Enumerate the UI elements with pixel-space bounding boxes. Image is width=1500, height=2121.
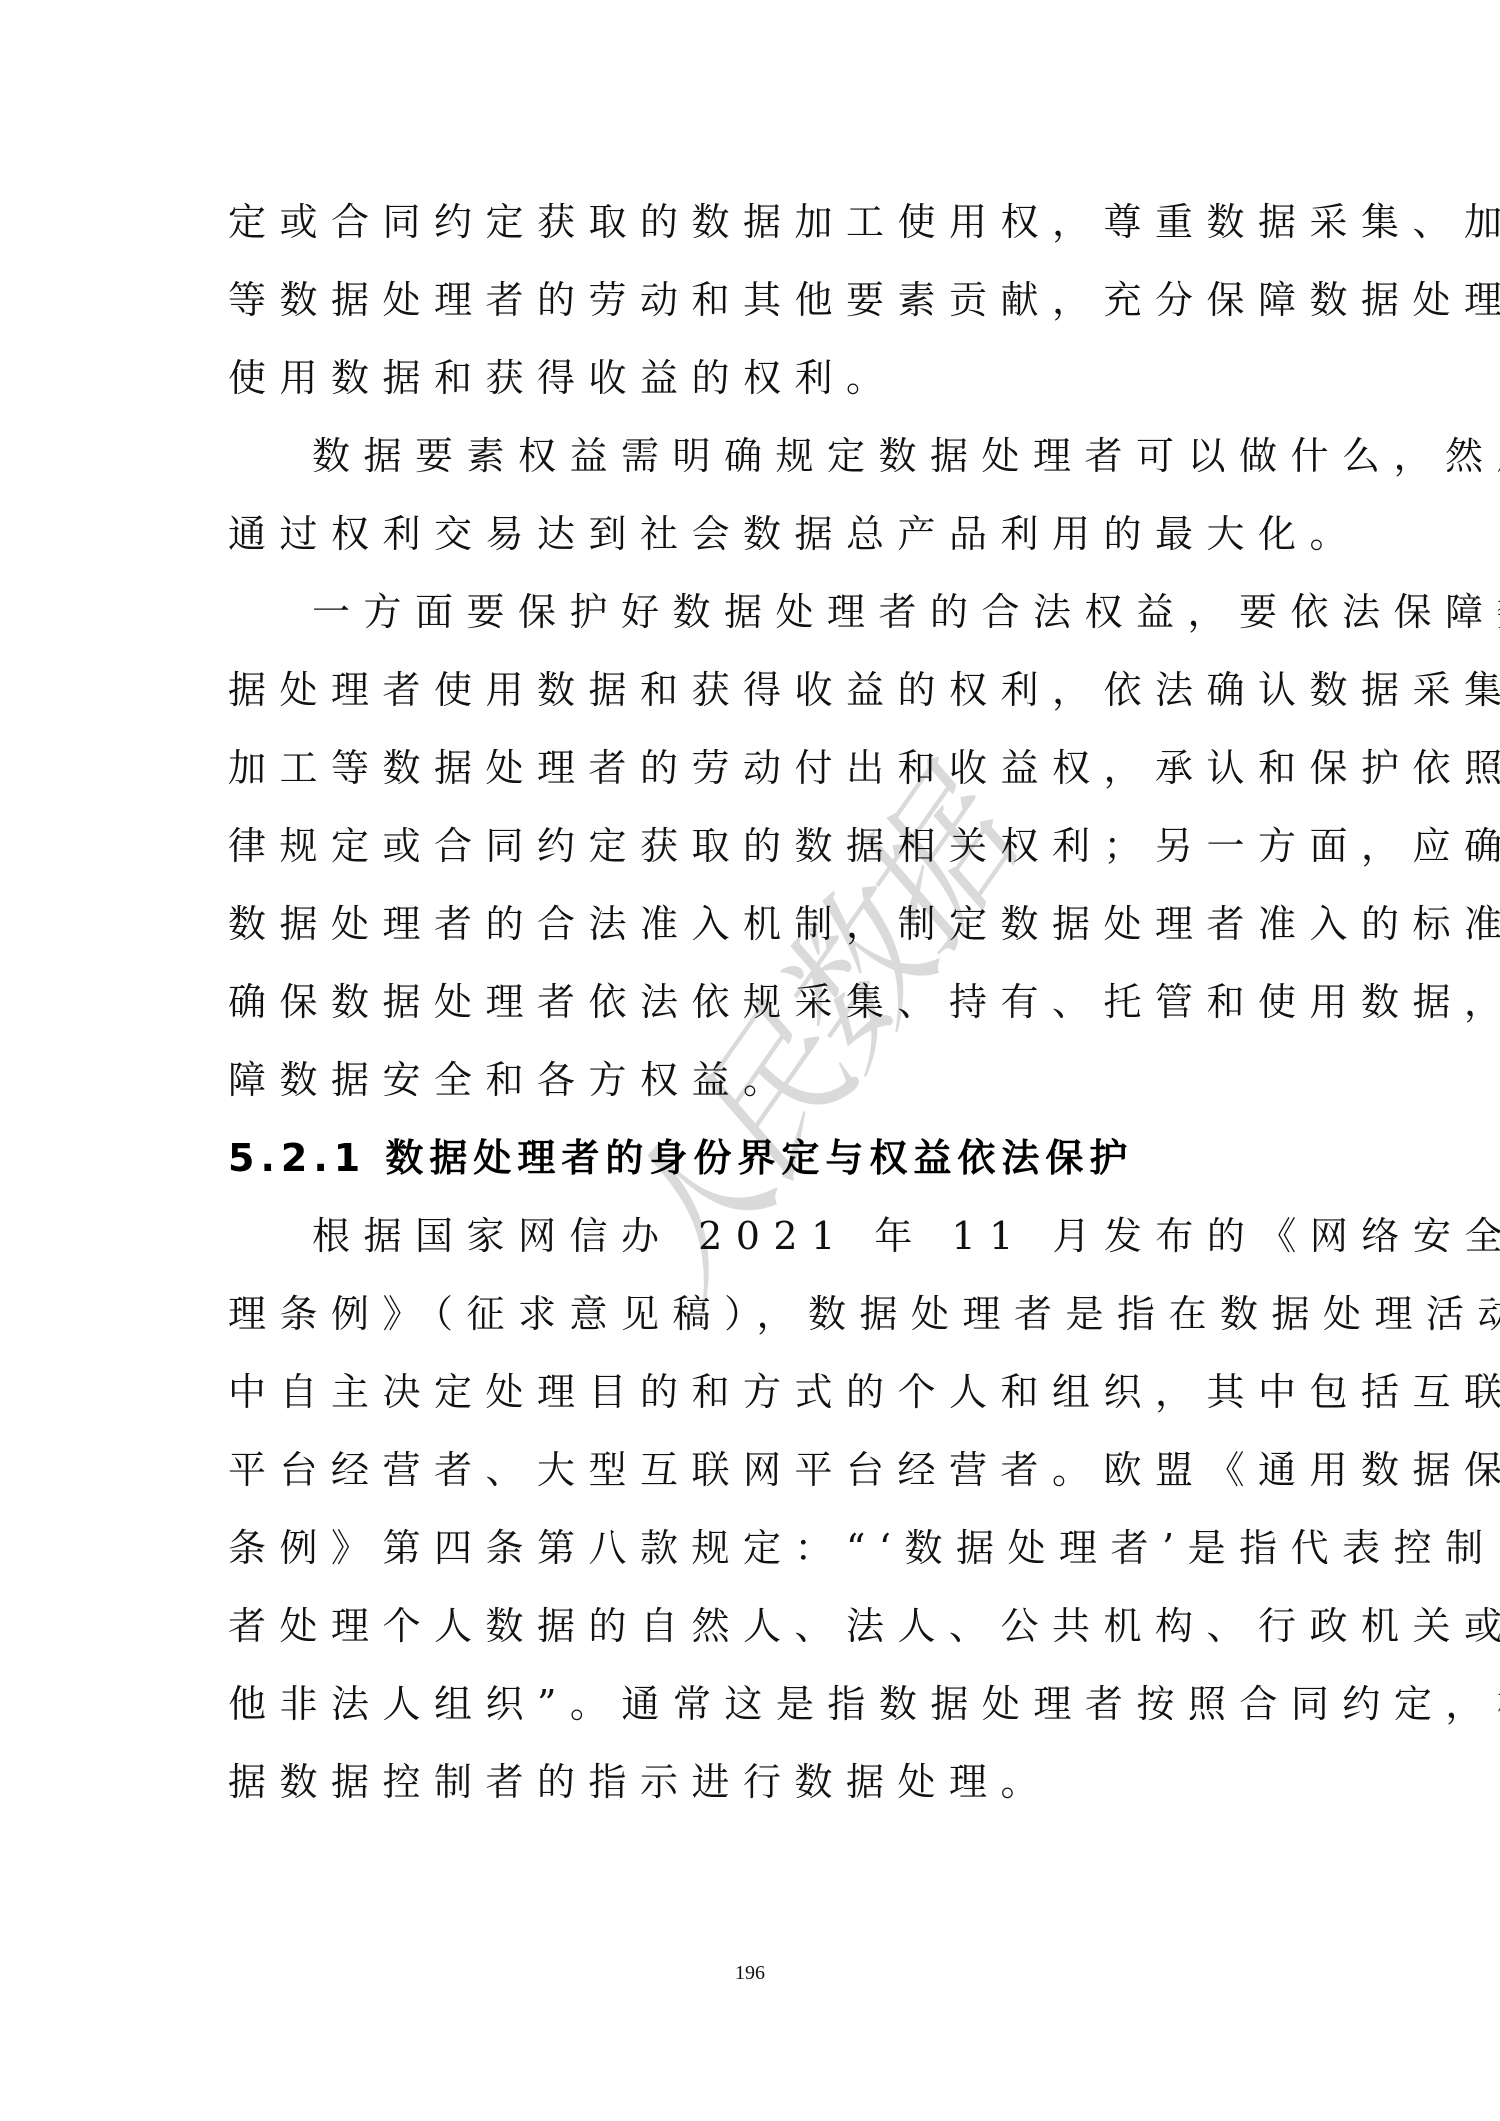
paragraph-line: 通过权利交易达到社会数据总产品利用的最大化。 [228, 508, 1288, 560]
page-number: 196 [0, 1962, 1500, 1985]
paragraph-line: 确保数据处理者依法依规采集、持有、托管和使用数据，保 [228, 976, 1288, 1028]
paragraph-line: 平台经营者、大型互联网平台经营者。欧盟《通用数据保护 [228, 1444, 1288, 1496]
paragraph-line: 数据处理者的合法准入机制，制定数据处理者准入的标准， [228, 898, 1288, 950]
document-page: 人民数据 定或合同约定获取的数据加工使用权，尊重数据采集、加工 等数据处理者的劳… [0, 0, 1500, 2121]
paragraph-line: 根据国家网信办 2021 年 11 月发布的《网络安全数据管 [312, 1210, 1372, 1262]
paragraph-line: 定或合同约定获取的数据加工使用权，尊重数据采集、加工 [228, 196, 1288, 248]
paragraph-line: 使用数据和获得收益的权利。 [228, 352, 1288, 404]
paragraph-line: 数据要素权益需明确规定数据处理者可以做什么，然后 [312, 430, 1372, 482]
section-heading: 5.2.1 数据处理者的身份界定与权益依法保护 [228, 1132, 1133, 1184]
paragraph-line: 据处理者使用数据和获得收益的权利，依法确认数据采集、 [228, 664, 1288, 716]
paragraph-line: 据数据控制者的指示进行数据处理。 [228, 1756, 1288, 1808]
paragraph-line: 理条例》（征求意见稿），数据处理者是指在数据处理活动 [228, 1288, 1288, 1340]
paragraph-line: 他非法人组织”。通常这是指数据处理者按照合同约定，根 [228, 1678, 1288, 1730]
paragraph-line: 等数据处理者的劳动和其他要素贡献，充分保障数据处理者 [228, 274, 1288, 326]
paragraph-line: 障数据安全和各方权益。 [228, 1054, 1288, 1106]
paragraph-line: 中自主决定处理目的和方式的个人和组织，其中包括互联网 [228, 1366, 1288, 1418]
paragraph-line: 一方面要保护好数据处理者的合法权益，要依法保障数 [312, 586, 1372, 638]
paragraph-line: 加工等数据处理者的劳动付出和收益权，承认和保护依照法 [228, 742, 1288, 794]
paragraph-line: 律规定或合同约定获取的数据相关权利；另一方面，应确立 [228, 820, 1288, 872]
paragraph-line: 条例》第四条第八款规定：“‘数据处理者’是指代表控制 [228, 1522, 1288, 1574]
paragraph-line: 者处理个人数据的自然人、法人、公共机构、行政机关或其 [228, 1600, 1288, 1652]
